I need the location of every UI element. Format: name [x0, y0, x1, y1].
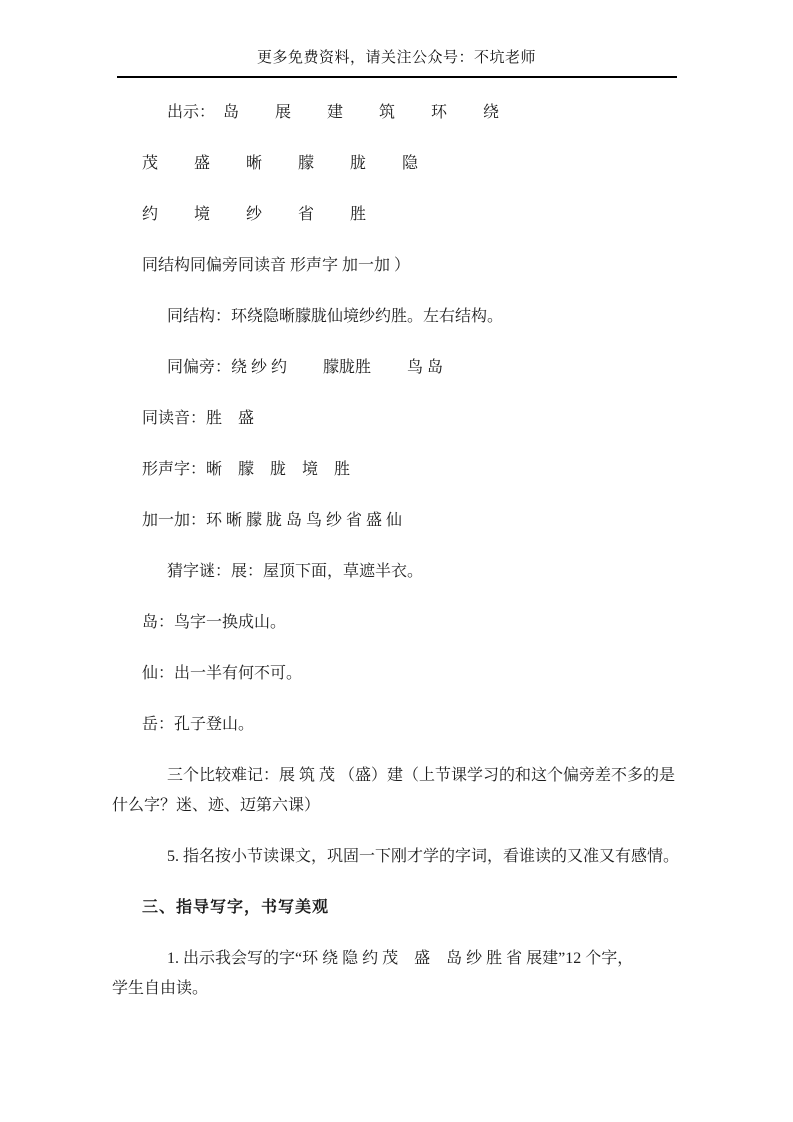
step5-read-text-paragraph: 5. 指名按小节读课文，巩固一下刚才学的字词，看谁读的又准又有感情。: [112, 842, 693, 872]
char-riddle-xian-line: 仙：出一半有何不可。: [112, 659, 693, 689]
display-chars-row-2: 茂 盛 晰 朦 胧 隐: [112, 149, 693, 179]
classification-methods-line: 同结构同偏旁同读音 形声字 加一加 ）: [112, 251, 693, 281]
phono-semantic-chars-line: 形声字：晰 朦 胧 境 胜: [112, 455, 693, 485]
display-chars-row-3: 约 境 纱 省 胜: [112, 200, 693, 230]
section-three-heading: 三、指导写字，书写美观: [112, 893, 693, 923]
same-structure-line: 同结构：环绕隐晰朦胧仙境纱约胜。左右结构。: [112, 302, 693, 332]
document-page: 更多免费资料，请关注公众号：不坑老师 出示： 岛 展 建 筑 环 绕 茂 盛 晰…: [0, 0, 793, 1122]
step1-show-writing-chars-paragraph: 1. 出示我会写的字“环 绕 隐 约 茂 盛 岛 纱 胜 省 展建”12 个字，…: [112, 944, 693, 1004]
document-content: 出示： 岛 展 建 筑 环 绕 茂 盛 晰 朦 胧 隐 约 境 纱 省 胜 同结…: [0, 78, 793, 1004]
same-radical-line: 同偏旁：绕 纱 约 朦胧胜 鸟 岛: [112, 353, 693, 383]
char-riddle-zhan-line: 猜字谜：展：屋顶下面，草遮半衣。: [112, 557, 693, 587]
char-riddle-dao-line: 岛：鸟字一换成山。: [112, 608, 693, 638]
char-riddle-yue-line: 岳：孔子登山。: [112, 710, 693, 740]
header-notice: 更多免费资料，请关注公众号：不坑老师: [0, 48, 793, 68]
hard-to-remember-paragraph: 三个比较难记：展 筑 茂 （盛）建（上节课学习的和这个偏旁差不多的是 什么字？迷…: [112, 761, 693, 821]
same-pronunciation-line: 同读音：胜 盛: [112, 404, 693, 434]
display-chars-row-1: 出示： 岛 展 建 筑 环 绕: [112, 98, 693, 128]
add-one-method-line: 加一加：环 晰 朦 胧 岛 鸟 纱 省 盛 仙: [112, 506, 693, 536]
